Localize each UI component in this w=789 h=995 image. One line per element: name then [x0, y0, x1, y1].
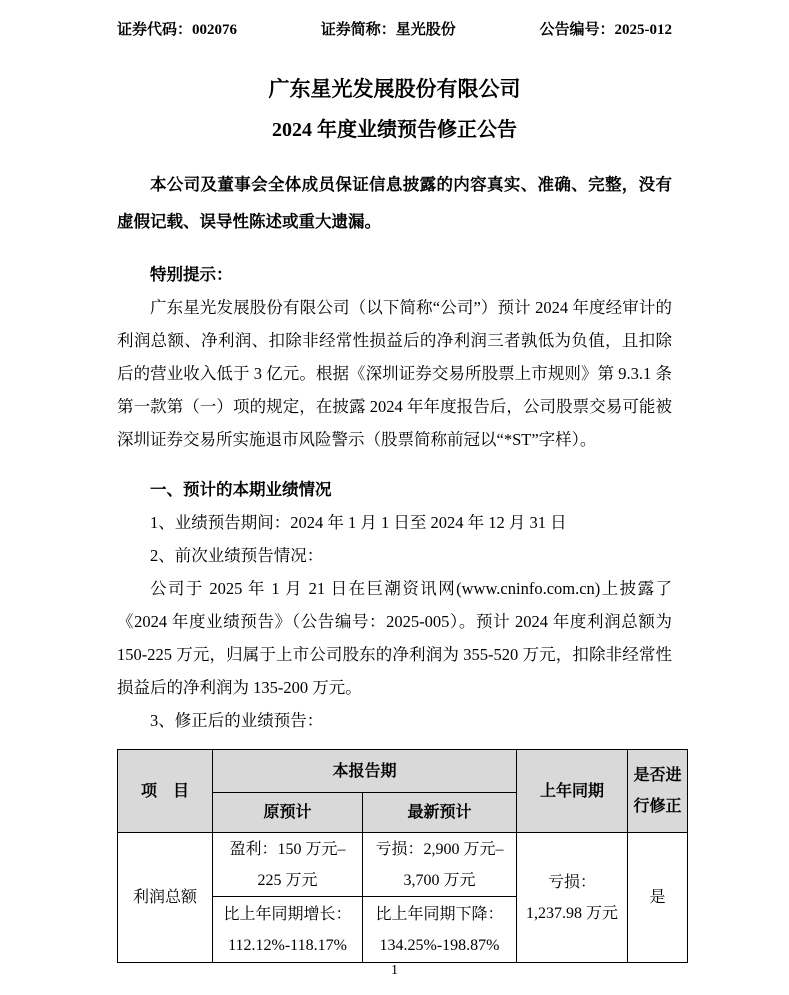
row-label-total-profit: 利润总额 [118, 833, 213, 963]
col-header-prior-year: 上年同期 [517, 750, 628, 833]
col-header-is-revised: 是否进 行修正 [628, 750, 688, 833]
col-header-original-forecast: 原预计 [213, 793, 363, 833]
col-header-latest-forecast: 最新预计 [363, 793, 517, 833]
company-title: 广东星光发展股份有限公司 [117, 76, 672, 103]
previous-forecast-heading: 2、前次业绩预告情况： [117, 539, 672, 572]
stock-short-name: 证券简称：星光股份 [321, 21, 456, 40]
forecast-period-line: 1、业绩预告期间：2024 年 1 月 1 日至 2024 年 12 月 31 … [117, 506, 672, 539]
is-revised-value: 是 [628, 833, 688, 963]
prior-year-amount: 亏损： 1,237.98 万元 [517, 833, 628, 963]
latest-forecast-change: 比上年同期下降： 134.25%-198.87% [363, 897, 517, 963]
original-forecast-change: 比上年同期增长： 112.12%-118.17% [213, 897, 363, 963]
col-header-item: 项 目 [118, 750, 213, 833]
revised-forecast-table: 项 目 本报告期 上年同期 是否进 行修正 原预计 最新预计 利润总额 盈利：1… [117, 749, 688, 963]
announcement-number: 公告编号：2025-012 [540, 21, 673, 40]
announcement-title: 2024 年度业绩预告修正公告 [117, 117, 672, 144]
previous-forecast-body: 公司于 2025 年 1 月 21 日在巨潮资讯网(www.cninfo.com… [117, 572, 672, 704]
section1-heading: 一、预计的本期业绩情况 [117, 473, 672, 506]
document-content: 证券代码：002076 证券简称：星光股份 公告编号：2025-012 广东星光… [0, 0, 789, 963]
page-number: 1 [0, 963, 789, 979]
original-forecast-amount: 盈利：150 万元– 225 万元 [213, 833, 363, 897]
col-header-current-period: 本报告期 [213, 750, 517, 793]
special-notice-heading: 特别提示： [117, 258, 672, 291]
special-notice-body: 广东星光发展股份有限公司（以下简称“公司”）预计 2024 年度经审计的利润总额… [117, 291, 672, 456]
document-header: 证券代码：002076 证券简称：星光股份 公告编号：2025-012 [117, 0, 672, 40]
revised-forecast-heading: 3、修正后的业绩预告： [117, 704, 672, 737]
latest-forecast-amount: 亏损：2,900 万元– 3,700 万元 [363, 833, 517, 897]
integrity-statement: 本公司及董事会全体成员保证信息披露的内容真实、准确、完整，没有虚假记载、误导性陈… [117, 166, 672, 240]
stock-code: 证券代码：002076 [117, 21, 237, 40]
document-page: 证券代码：002076 证券简称：星光股份 公告编号：2025-012 广东星光… [0, 0, 789, 995]
